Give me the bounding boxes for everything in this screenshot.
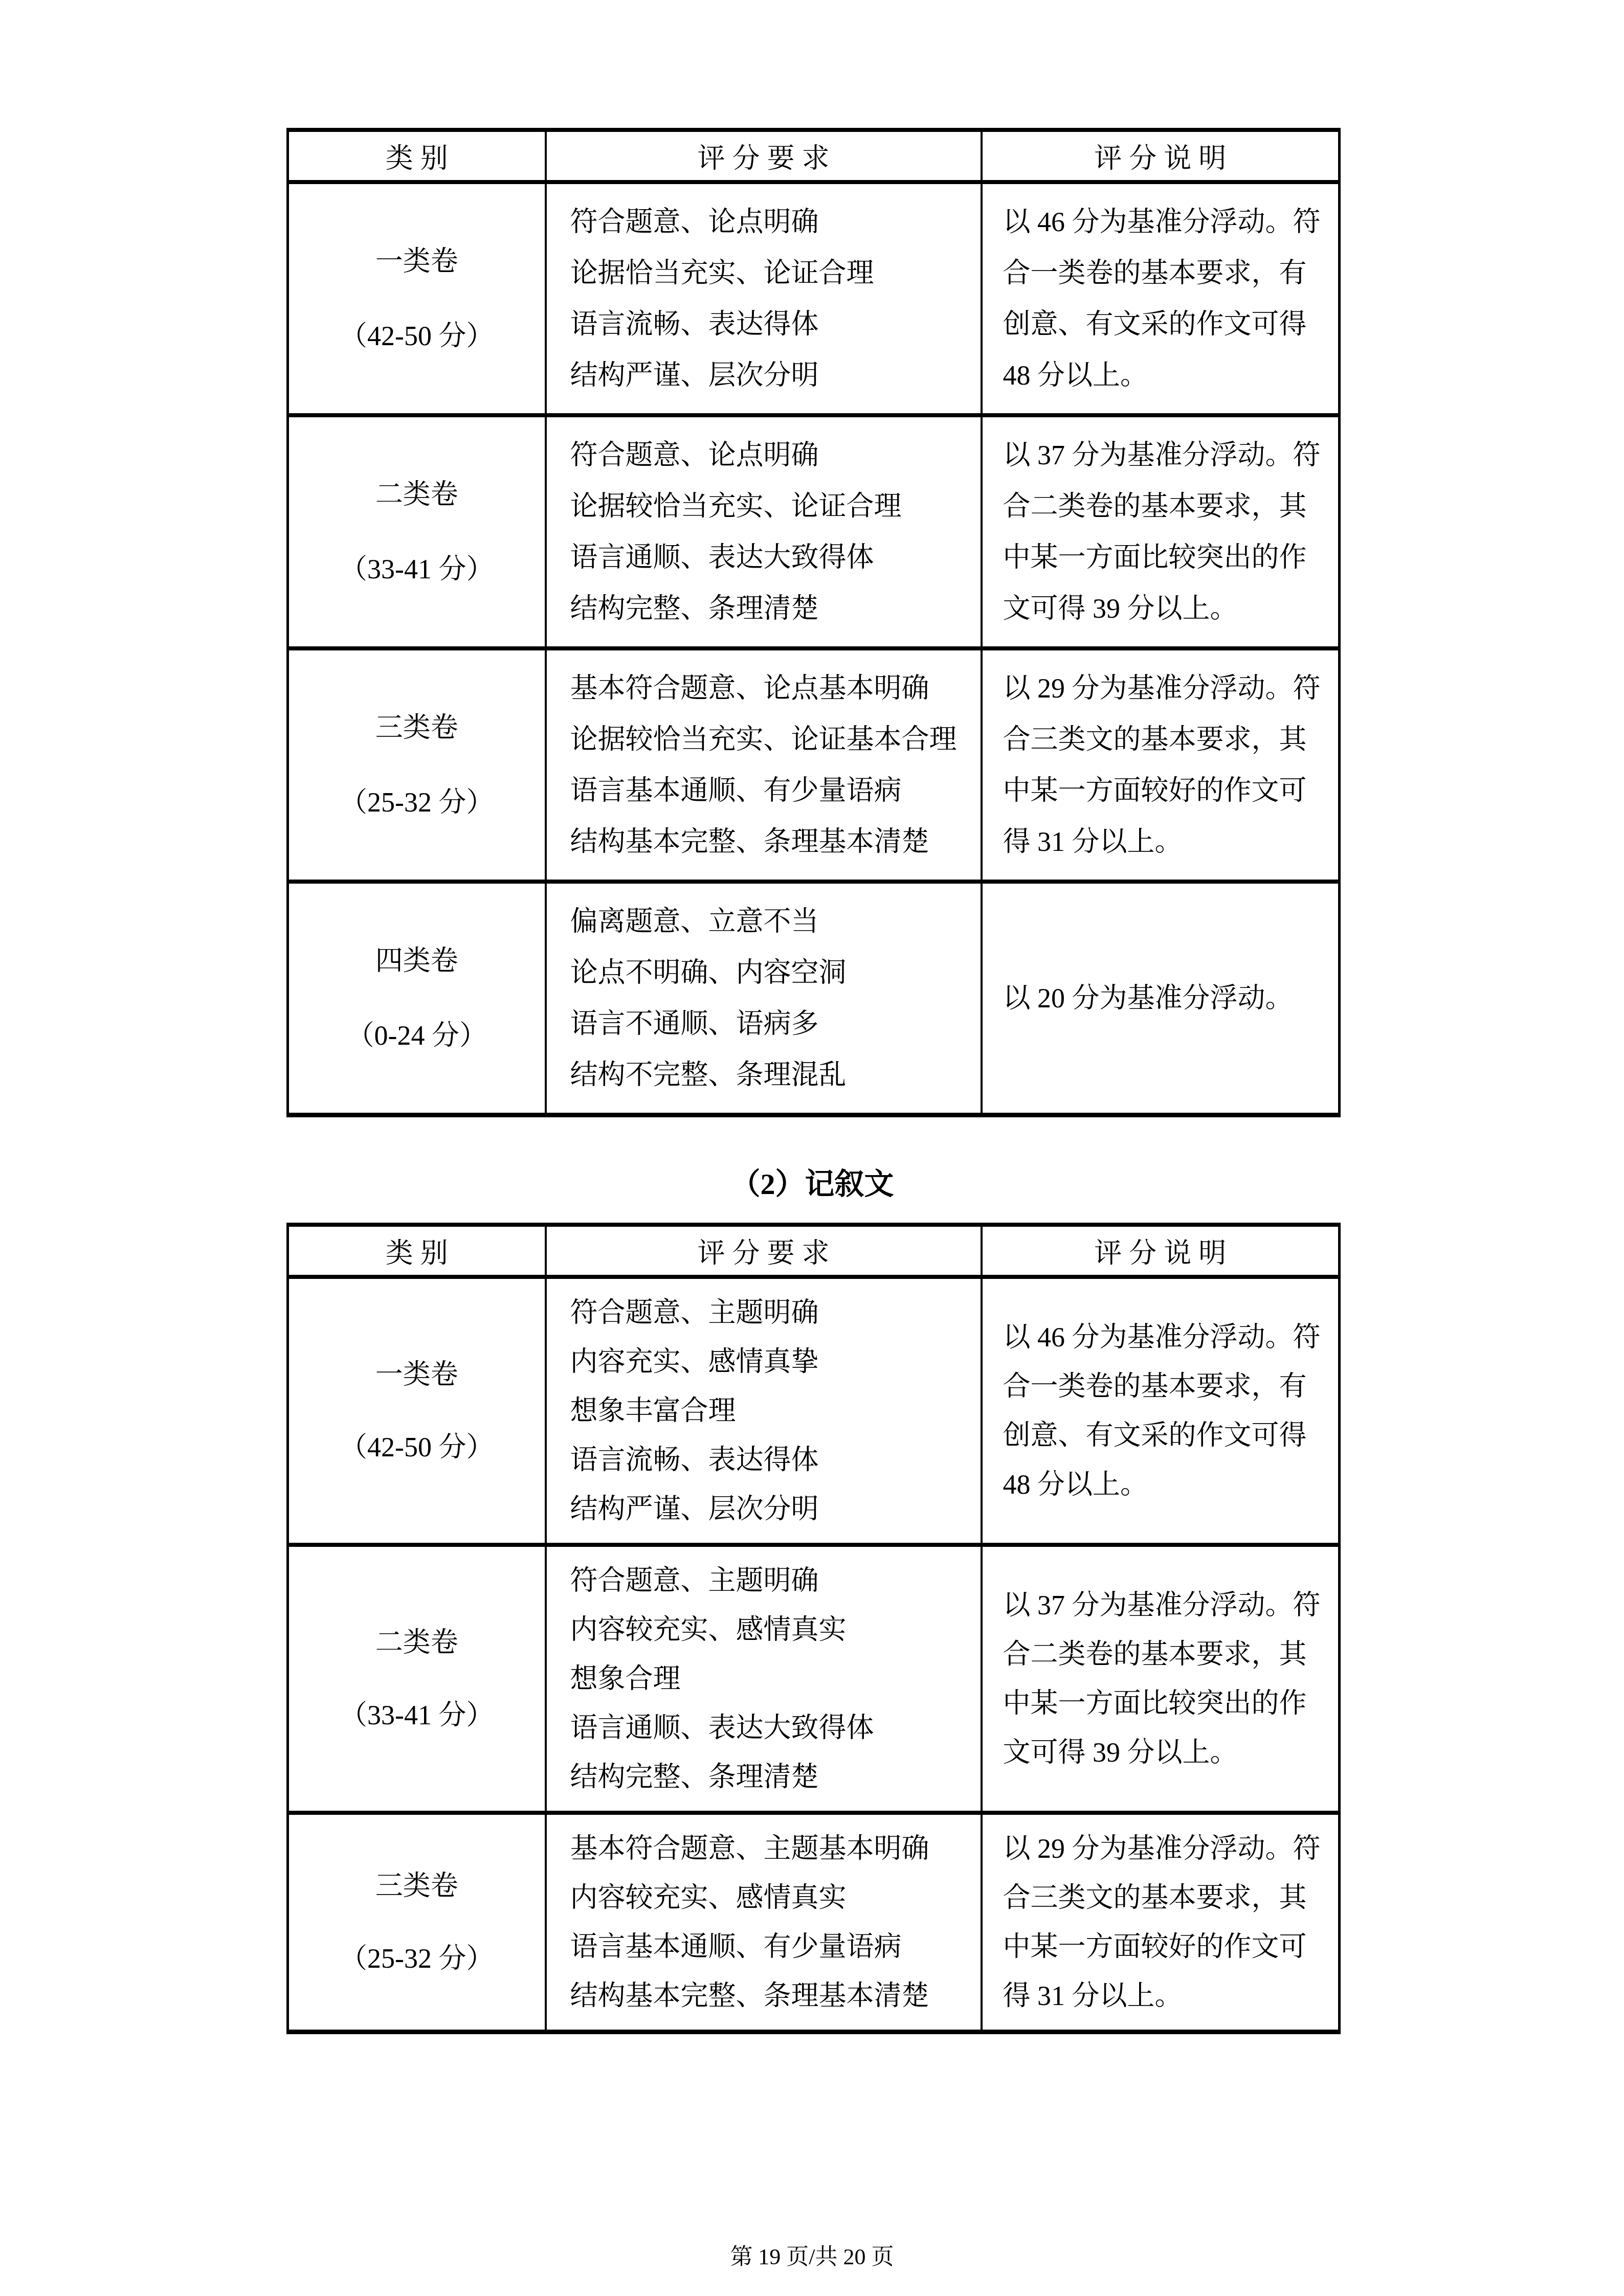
scoring-table-narrative: 类别 评分要求 评分说明 一类卷 （42-50 分） 符合题意、主题明确 内容充… xyxy=(286,1223,1341,2034)
scoring-table-argumentative: 类别 评分要求 评分说明 一类卷 （42-50 分） 符合题意、论点明确 论据恰… xyxy=(286,128,1341,1117)
note-text: 以 29 分为基准分浮动。符合三类文的基本要求，其中某一方面较好的作文可得 31… xyxy=(1003,663,1324,867)
requirement-line: 想象合理 xyxy=(570,1654,972,1703)
category-cell: 四类卷 （0-24 分） xyxy=(288,882,546,1115)
requirement-line: 偏离题意、立意不当 xyxy=(570,896,972,947)
note-text: 以 46 分为基准分浮动。符合一类卷的基本要求，有创意、有文采的作文可得 48 … xyxy=(1003,1313,1324,1509)
requirements-cell: 符合题意、主题明确 内容充实、感情真挚 想象丰富合理 语言流畅、表达得体 结构严… xyxy=(546,1277,982,1545)
note-text: 以 20 分为基准分浮动。 xyxy=(1003,973,1324,1024)
note-cell: 以 29 分为基准分浮动。符合三类文的基本要求，其中某一方面较好的作文可得 31… xyxy=(982,1813,1340,2032)
note-cell: 以 46 分为基准分浮动。符合一类卷的基本要求，有创意、有文采的作文可得 48 … xyxy=(982,182,1340,415)
requirements-cell: 符合题意、主题明确 内容较充实、感情真实 想象合理 语言通顺、表达大致得体 结构… xyxy=(546,1545,982,1813)
category-name: 三类卷 xyxy=(290,1861,544,1910)
page-footer: 第 19 页/共 20 页 xyxy=(0,2244,1624,2270)
requirement-line: 语言基本通顺、有少量语病 xyxy=(570,765,972,816)
table-row-class3: 三类卷 （25-32 分） 基本符合题意、论点基本明确 论据较恰当充实、论证基本… xyxy=(288,648,1340,882)
table-row-class1: 一类卷 （42-50 分） 符合题意、主题明确 内容充实、感情真挚 想象丰富合理… xyxy=(288,1277,1340,1545)
requirement-line: 想象丰富合理 xyxy=(570,1386,972,1435)
col-header-category: 类别 xyxy=(288,130,546,182)
note-text: 以 37 分为基准分浮动。符合二类卷的基本要求，其中某一方面比较突出的作文可得 … xyxy=(1003,1581,1324,1777)
category-score-range: （42-50 分） xyxy=(290,310,544,362)
col-header-category: 类别 xyxy=(288,1225,546,1277)
category-cell: 三类卷 （25-32 分） xyxy=(288,648,546,882)
requirement-line: 基本符合题意、主题基本明确 xyxy=(570,1824,972,1873)
col-header-notes: 评分说明 xyxy=(982,1225,1340,1277)
category-score-range: （33-41 分） xyxy=(290,1691,544,1740)
category-name: 一类卷 xyxy=(290,1350,544,1399)
category-score-range: （42-50 分） xyxy=(290,1423,544,1472)
requirement-line: 内容较充实、感情真实 xyxy=(570,1873,972,1922)
requirement-line: 语言不通顺、语病多 xyxy=(570,998,972,1049)
table-row-class1: 一类卷 （42-50 分） 符合题意、论点明确 论据恰当充实、论证合理 语言流畅… xyxy=(288,182,1340,415)
category-cell: 一类卷 （42-50 分） xyxy=(288,1277,546,1545)
requirement-line: 结构不完整、条理混乱 xyxy=(570,1049,972,1100)
category-score-range: （33-41 分） xyxy=(290,544,544,595)
table-row-class2: 二类卷 （33-41 分） 符合题意、主题明确 内容较充实、感情真实 想象合理 … xyxy=(288,1545,1340,1813)
col-header-notes: 评分说明 xyxy=(982,130,1340,182)
category-cell: 一类卷 （42-50 分） xyxy=(288,182,546,415)
requirement-line: 内容充实、感情真挚 xyxy=(570,1337,972,1386)
requirement-line: 结构基本完整、条理基本清楚 xyxy=(570,1971,972,2020)
requirement-line: 语言通顺、表达大致得体 xyxy=(570,1703,972,1752)
requirement-line: 符合题意、主题明确 xyxy=(570,1556,972,1605)
requirements-cell: 符合题意、论点明确 论据较恰当充实、论证合理 语言通顺、表达大致得体 结构完整、… xyxy=(546,415,982,648)
category-score-range: （0-24 分） xyxy=(290,1010,544,1061)
header-row: 类别 评分要求 评分说明 xyxy=(288,1225,1340,1277)
requirements-cell: 基本符合题意、主题基本明确 内容较充实、感情真实 语言基本通顺、有少量语病 结构… xyxy=(546,1813,982,2032)
requirements-cell: 偏离题意、立意不当 论点不明确、内容空洞 语言不通顺、语病多 结构不完整、条理混… xyxy=(546,882,982,1115)
table-row-class4: 四类卷 （0-24 分） 偏离题意、立意不当 论点不明确、内容空洞 语言不通顺、… xyxy=(288,882,1340,1115)
category-cell: 三类卷 （25-32 分） xyxy=(288,1813,546,2032)
note-text: 以 29 分为基准分浮动。符合三类文的基本要求，其中某一方面较好的作文可得 31… xyxy=(1003,1824,1324,2020)
col-header-requirements: 评分要求 xyxy=(546,1225,982,1277)
requirement-line: 结构基本完整、条理基本清楚 xyxy=(570,816,972,867)
col-header-requirements: 评分要求 xyxy=(546,130,982,182)
requirement-line: 符合题意、主题明确 xyxy=(570,1288,972,1337)
note-text: 以 46 分为基准分浮动。符合一类卷的基本要求，有创意、有文采的作文可得 48 … xyxy=(1003,196,1324,401)
header-row: 类别 评分要求 评分说明 xyxy=(288,130,1340,182)
note-cell: 以 29 分为基准分浮动。符合三类文的基本要求，其中某一方面较好的作文可得 31… xyxy=(982,648,1340,882)
requirements-cell: 符合题意、论点明确 论据恰当充实、论证合理 语言流畅、表达得体 结构严谨、层次分… xyxy=(546,182,982,415)
requirement-line: 符合题意、论点明确 xyxy=(570,430,972,481)
note-cell: 以 37 分为基准分浮动。符合二类卷的基本要求，其中某一方面比较突出的作文可得 … xyxy=(982,415,1340,648)
category-name: 三类卷 xyxy=(290,702,544,753)
requirement-line: 论点不明确、内容空洞 xyxy=(570,947,972,998)
requirement-line: 论据较恰当充实、论证合理 xyxy=(570,481,972,532)
note-text: 以 37 分为基准分浮动。符合二类卷的基本要求，其中某一方面比较突出的作文可得 … xyxy=(1003,430,1324,634)
note-cell: 以 46 分为基准分浮动。符合一类卷的基本要求，有创意、有文采的作文可得 48 … xyxy=(982,1277,1340,1545)
category-cell: 二类卷 （33-41 分） xyxy=(288,1545,546,1813)
category-cell: 二类卷 （33-41 分） xyxy=(288,415,546,648)
requirements-cell: 基本符合题意、论点基本明确 论据较恰当充实、论证基本合理 语言基本通顺、有少量语… xyxy=(546,648,982,882)
requirement-line: 基本符合题意、论点基本明确 xyxy=(570,663,972,714)
requirement-line: 符合题意、论点明确 xyxy=(570,196,972,247)
requirement-line: 结构严谨、层次分明 xyxy=(570,1484,972,1534)
requirement-line: 语言流畅、表达得体 xyxy=(570,1435,972,1484)
category-score-range: （25-32 分） xyxy=(290,1934,544,1983)
requirement-line: 语言通顺、表达大致得体 xyxy=(570,532,972,583)
requirement-line: 语言基本通顺、有少量语病 xyxy=(570,1922,972,1971)
category-name: 二类卷 xyxy=(290,1618,544,1667)
table-row-class3: 三类卷 （25-32 分） 基本符合题意、主题基本明确 内容较充实、感情真实 语… xyxy=(288,1813,1340,2032)
requirement-line: 论据较恰当充实、论证基本合理 xyxy=(570,714,972,765)
category-name: 四类卷 xyxy=(290,935,544,986)
requirement-line: 结构严谨、层次分明 xyxy=(570,350,972,401)
note-cell: 以 20 分为基准分浮动。 xyxy=(982,882,1340,1115)
requirement-line: 论据恰当充实、论证合理 xyxy=(570,247,972,299)
note-cell: 以 37 分为基准分浮动。符合二类卷的基本要求，其中某一方面比较突出的作文可得 … xyxy=(982,1545,1340,1813)
requirement-line: 结构完整、条理清楚 xyxy=(570,1752,972,1802)
category-name: 二类卷 xyxy=(290,469,544,520)
requirement-line: 内容较充实、感情真实 xyxy=(570,1605,972,1654)
section-heading-narrative: （2）记叙文 xyxy=(286,1166,1338,1202)
category-name: 一类卷 xyxy=(290,236,544,287)
requirement-line: 语言流畅、表达得体 xyxy=(570,299,972,350)
category-score-range: （25-32 分） xyxy=(290,777,544,828)
table-row-class2: 二类卷 （33-41 分） 符合题意、论点明确 论据较恰当充实、论证合理 语言通… xyxy=(288,415,1340,648)
requirement-line: 结构完整、条理清楚 xyxy=(570,583,972,634)
